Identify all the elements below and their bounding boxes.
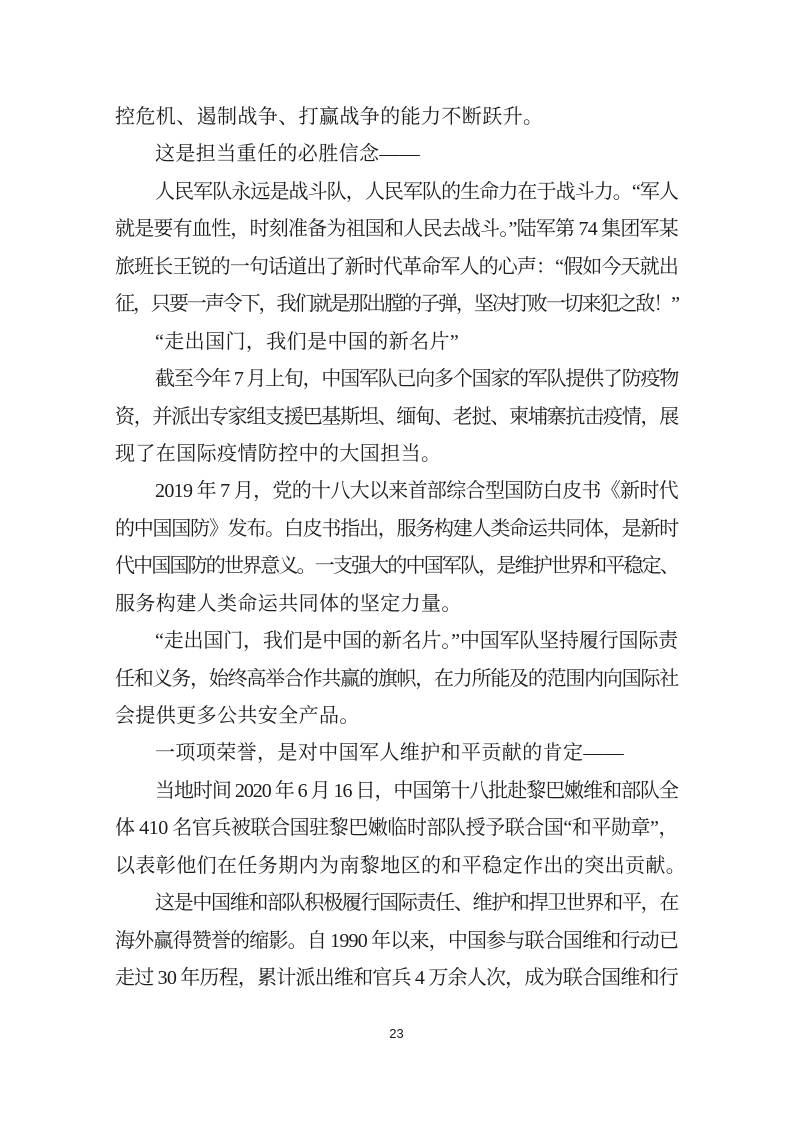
text-line: 现了在国际疫情防控中的大国担当。 (115, 436, 678, 473)
text-line: 资，并派出专家组支援巴基斯坦、缅甸、老挝、柬埔寨抗击疫情，展 (115, 399, 678, 436)
text-line: 会提供更多公共安全产品。 (115, 698, 678, 735)
text-line: 人民军队永远是战斗队，人民军队的生命力在于战斗力。“军人 (115, 174, 678, 211)
text-line: 控危机、遏制战争、打赢战争的能力不断跃升。 (115, 99, 678, 136)
page-number: 23 (0, 1026, 793, 1041)
text-line: 任和义务，始终高举合作共赢的旗帜，在力所能及的范围内向国际社 (115, 661, 678, 698)
document-body: 控危机、遏制战争、打赢战争的能力不断跃升。 这是担当重任的必胜信念—— 人民军队… (115, 99, 678, 998)
text-line: 当地时间 2020 年 6 月 16 日，中国第十八批赴黎巴嫩维和部队全 (115, 773, 678, 810)
text-line: 这是担当重任的必胜信念—— (115, 136, 678, 173)
text-line: 走过 30 年历程，累计派出维和官兵 4 万余人次，成为联合国维和行 (115, 960, 678, 997)
text-line: “走出国门，我们是中国的新名片。”中国军队坚持履行国际责 (115, 623, 678, 660)
text-line: 就是要有血性，时刻准备为祖国和人民去战斗。”陆军第 74 集团军某 (115, 211, 678, 248)
text-line: 截至今年 7 月上旬，中国军队已向多个国家的军队提供了防疫物 (115, 361, 678, 398)
text-line: 代中国国防的世界意义。一支强大的中国军队，是维护世界和平稳定、 (115, 548, 678, 585)
text-line: 这是中国维和部队积极履行国际责任、维护和捍卫世界和平，在 (115, 885, 678, 922)
text-line: 征，只要一声令下，我们就是那出膛的子弹，坚决打败一切来犯之敌！” (115, 286, 678, 323)
text-line: 服务构建人类命运共同体的坚定力量。 (115, 586, 678, 623)
text-line: “走出国门，我们是中国的新名片” (115, 324, 678, 361)
text-line: 一项项荣誉，是对中国军人维护和平贡献的肯定—— (115, 735, 678, 772)
text-line: 体 410 名官兵被联合国驻黎巴嫩临时部队授予联合国“和平勋章”， (115, 810, 678, 847)
text-line: 旅班长王锐的一句话道出了新时代革命军人的心声：“假如今天就出 (115, 249, 678, 286)
text-line: 以表彰他们在任务期内为南黎地区的和平稳定作出的突出贡献。 (115, 848, 678, 885)
text-line: 2019 年 7 月，党的十八大以来首部综合型国防白皮书《新时代 (115, 473, 678, 510)
document-page: 控危机、遏制战争、打赢战争的能力不断跃升。 这是担当重任的必胜信念—— 人民军队… (0, 0, 793, 1122)
text-line: 海外赢得赞誉的缩影。自 1990 年以来，中国参与联合国维和行动已 (115, 923, 678, 960)
text-line: 的中国国防》发布。白皮书指出，服务构建人类命运共同体，是新时 (115, 511, 678, 548)
